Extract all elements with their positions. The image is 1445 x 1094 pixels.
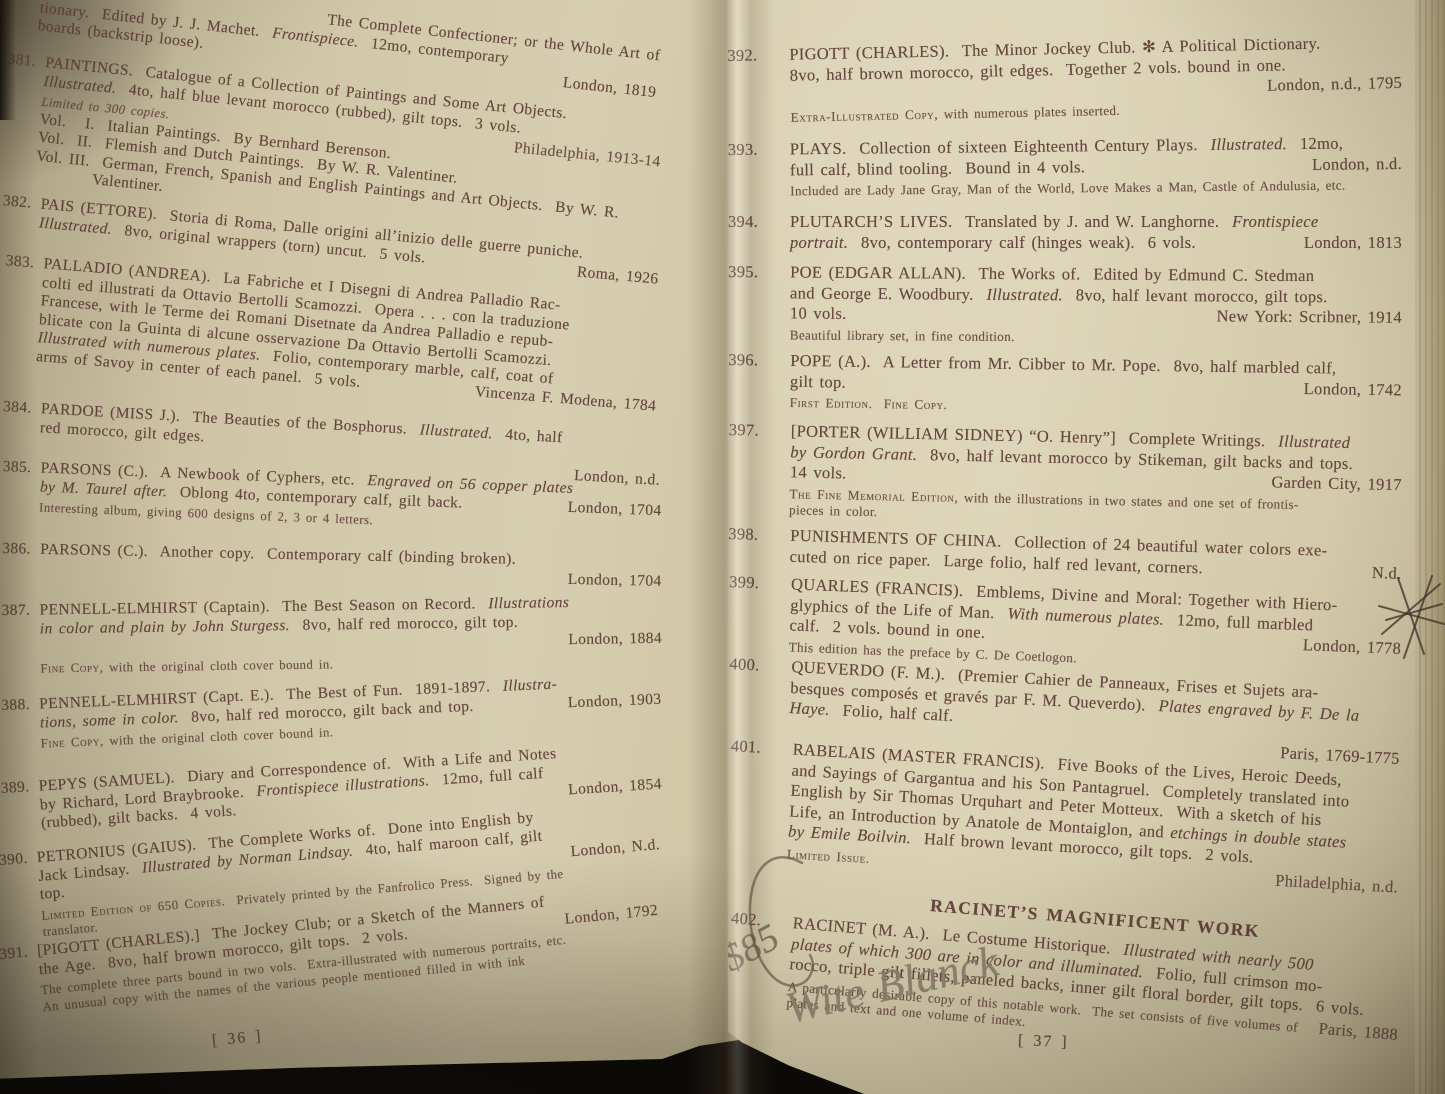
page-number-right: [ 37 ]	[1018, 1031, 1069, 1053]
entry-number: 385.	[2, 458, 31, 478]
entry-number: 389.	[0, 778, 30, 798]
entry-line: portrait. 8vo, contemporary calf (hinges…	[790, 233, 1402, 254]
imprint: London, 1813	[1304, 233, 1402, 254]
entry-number: 401.	[730, 736, 761, 758]
entry-number: 400.	[729, 654, 760, 676]
imprint: London, n.d., 1795	[1267, 73, 1402, 96]
imprint: London, 1884	[568, 630, 662, 650]
entry-line: Included are Lady Jane Gray, Man of the …	[790, 177, 1402, 200]
catalog-entry-388: 388.PENNELL-ELMHIRST (Capt. E.). The Bes…	[1, 671, 673, 753]
pencil-circle-annotation	[740, 845, 840, 1000]
catalog-entry-387: 387.PENNELL-ELMHIRST (Captain). The Best…	[1, 593, 672, 677]
pencil-asterisk-annotation	[1376, 570, 1445, 665]
imprint: New York: Scribner, 1914	[1217, 306, 1402, 328]
catalog-entry-392: 392.PIGOTT (CHARLES). The Minor Jockey C…	[727, 31, 1429, 127]
entry-number: 397.	[729, 420, 760, 441]
entry-number: 391.	[0, 943, 29, 964]
entry-number: 388.	[1, 696, 30, 716]
imprint: Philadelphia, n.d.	[1275, 872, 1399, 895]
entry-number: 382.	[2, 192, 32, 213]
catalog-entry-393: 393.PLAYS. Collection of sixteen Eightee…	[728, 133, 1429, 201]
catalog-entry-386: 386.PARSONS (C.). Another copy. Contempo…	[2, 540, 673, 591]
imprint: London, n.d.	[1312, 153, 1402, 174]
catalog-entry-397: 397.[PORTER (WILLIAM SIDNEY) “O. Henry”]…	[727, 420, 1429, 532]
entry-number: 387.	[1, 602, 30, 621]
entry-number: 394.	[728, 212, 758, 233]
entry-line: and George E. Woodbury. Illustrated. 8vo…	[790, 283, 1402, 308]
imprint: London, 1903	[567, 690, 661, 712]
entry-number: 381.	[7, 50, 37, 71]
entry-line: Beautiful library set, in fine condition…	[790, 327, 1402, 348]
imprint: London, 1704	[567, 498, 661, 520]
entry-number: 395.	[728, 262, 758, 283]
entry-number: 384.	[3, 398, 33, 418]
entry-line: PLUTARCH’S LIVES. Translated by J. and W…	[790, 212, 1402, 233]
imprint: Garden City, 1917	[1271, 472, 1402, 495]
imprint: London, 1704	[568, 570, 662, 590]
page-number-left: [ 36 ]	[211, 1028, 263, 1051]
entry-number: 386.	[2, 540, 31, 559]
catalog-entry-396: 396.POPE (A.). A Letter from Mr. Cibber …	[728, 350, 1429, 420]
catalog-entry-394: 394.PLUTARCH’S LIVES. Translated by J. a…	[728, 212, 1428, 253]
entry-number: 398.	[728, 524, 759, 545]
book-photo: [ 36 ] The Complete Confectioner; or the…	[0, 0, 1445, 1094]
catalog-page-right: RACINET’S MAGNIFICENT WORK [ 37 ] $85 Wi…	[728, 0, 1445, 1094]
entry-number: 393.	[728, 140, 758, 161]
entry-number: 390.	[0, 850, 28, 871]
entry-number: 392.	[727, 45, 758, 66]
imprint: London, 1742	[1304, 379, 1402, 401]
catalog-page-left: [ 36 ] The Complete Confectioner; or the…	[0, 0, 744, 1094]
entry-number: 383.	[5, 252, 35, 273]
catalog-entry-395: 395.POE (EDGAR ALLAN). The Works of. Edi…	[728, 262, 1429, 348]
entry-number: 396.	[728, 350, 758, 371]
entry-number: 399.	[729, 572, 760, 594]
entry-line: 10 vols.New York: Scribner, 1914	[790, 303, 1402, 328]
